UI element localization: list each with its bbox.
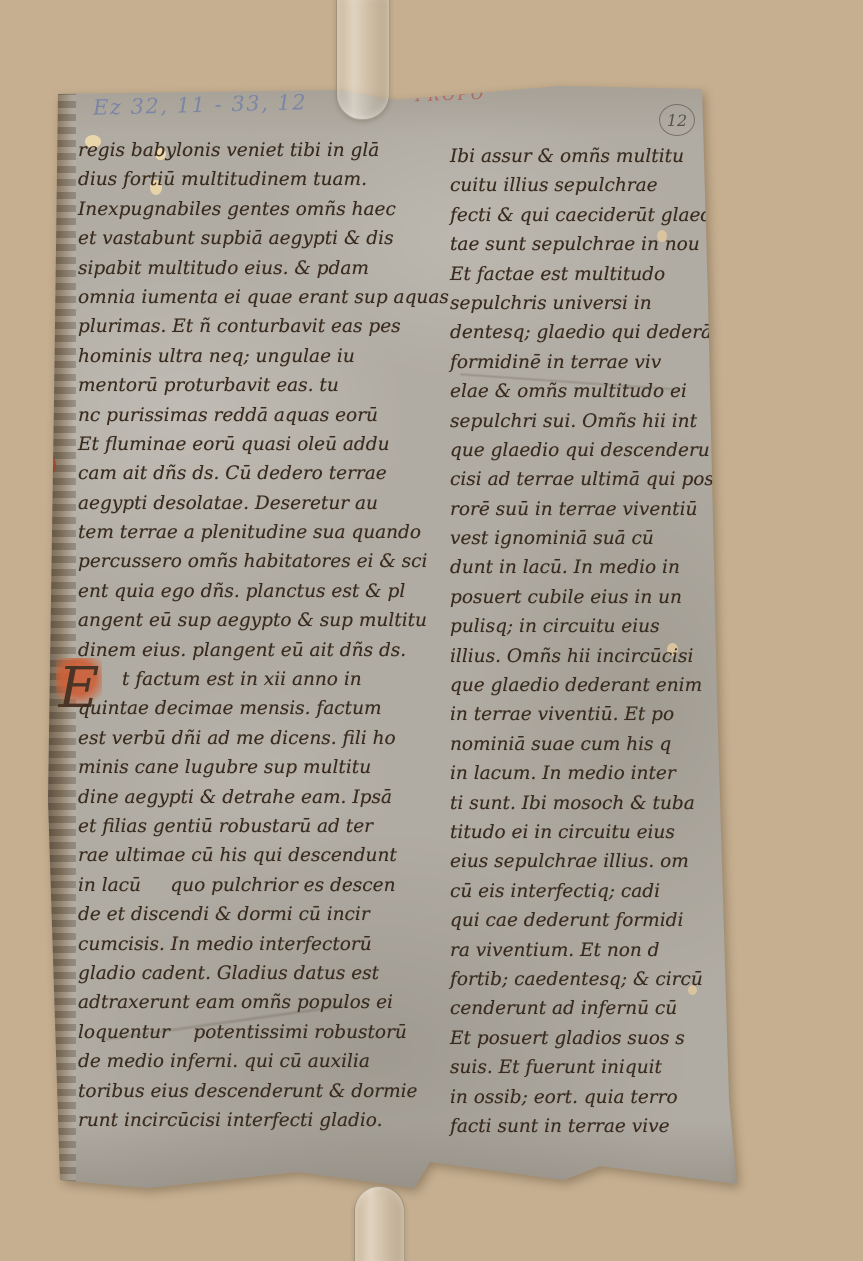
manuscript-leaf: Ez 32, 11 - 33, 12 PROPO 12 E regis baby… bbox=[40, 80, 750, 1210]
parchment-page: Ez 32, 11 - 33, 12 PROPO 12 E regis baby… bbox=[40, 80, 750, 1210]
manuscript-line: Inexpugnabiles gentes omñs haec bbox=[78, 195, 450, 224]
manuscript-line: plurimas. Et ñ conturbavit eas pes bbox=[78, 312, 450, 341]
manuscript-line: dinem eius. plangent eū ait dñs ds. bbox=[78, 636, 450, 665]
manuscript-line: in ossib; eort. quia terro bbox=[450, 1083, 750, 1112]
manuscript-line: eius sepulchrae illius. om bbox=[450, 847, 750, 876]
manuscript-line: que glaedio dederant enim bbox=[450, 671, 750, 700]
manuscript-line: in lacum. In medio inter bbox=[450, 759, 750, 788]
manuscript-line: aegypti desolatae. Deseretur au bbox=[78, 489, 450, 518]
manuscript-line: omnia iumenta ei quae erant sup aquas bbox=[78, 283, 450, 312]
mounting-strap-bottom bbox=[354, 1186, 405, 1261]
manuscript-line: loquentur potentissimi robustorū bbox=[78, 1018, 450, 1047]
manuscript-line: Et factae est multitudo bbox=[450, 260, 750, 289]
manuscript-line: fecti & qui caeciderūt glaedi bbox=[450, 201, 750, 230]
manuscript-line: gladio cadent. Gladius datus est bbox=[78, 959, 450, 988]
manuscript-line: cam ait dñs ds. Cū dedero terrae bbox=[78, 459, 450, 488]
manuscript-line: cenderunt ad infernū cū bbox=[450, 994, 750, 1023]
manuscript-line: percussero omñs habitatores ei & sci bbox=[78, 547, 450, 576]
manuscript-line: hominis ultra neq; ungulae iu bbox=[78, 342, 450, 371]
mounting-strap-top bbox=[336, 0, 390, 120]
folio-number: 12 bbox=[667, 111, 687, 130]
manuscript-line: est verbū dñi ad me dicens. fili ho bbox=[78, 724, 450, 753]
manuscript-line: toribus eius descenderunt & dormie bbox=[78, 1077, 450, 1106]
manuscript-line: dentesq; glaedio qui dederā bbox=[450, 318, 750, 347]
text-column-right: Ibi assur & omñs multitucuitu illius sep… bbox=[450, 142, 750, 1141]
manuscript-line: ent quia ego dñs. planctus est & pl bbox=[78, 577, 450, 606]
manuscript-line: qui cae dederunt formidi bbox=[450, 906, 750, 935]
manuscript-line: ra viventium. Et non d bbox=[450, 936, 750, 965]
manuscript-line: suis. Et fuerunt iniquit bbox=[450, 1053, 750, 1082]
folio-number-badge: 12 bbox=[659, 104, 695, 136]
manuscript-line: fortib; caedentesq; & circū bbox=[450, 965, 750, 994]
manuscript-line: regis babylonis veniet tibi in glā bbox=[78, 136, 450, 165]
manuscript-line: in terrae viventiū. Et po bbox=[450, 700, 750, 729]
manuscript-line: sipabit multitudo eius. & pdam bbox=[78, 254, 450, 283]
manuscript-line: dunt in lacū. In medio in bbox=[450, 553, 750, 582]
manuscript-line: pulisq; in circuitu eius bbox=[450, 612, 750, 641]
manuscript-line: quintae decimae mensis. factum bbox=[78, 694, 450, 723]
manuscript-line: tae sunt sepulchrae in nou bbox=[450, 230, 750, 259]
manuscript-line: que glaedio qui descenderu bbox=[450, 436, 750, 465]
manuscript-line: ti sunt. Ibi mosoch & tuba bbox=[450, 789, 750, 818]
manuscript-line: cuitu illius sepulchrae bbox=[450, 171, 750, 200]
pencil-annotation: Ez 32, 11 - 33, 12 bbox=[93, 90, 308, 120]
manuscript-line: rorē suū in terrae viventiū bbox=[450, 495, 750, 524]
manuscript-line: titudo ei in circuitu eius bbox=[450, 818, 750, 847]
manuscript-line: sepulchris universi in bbox=[450, 289, 750, 318]
manuscript-line: cisi ad terrae ultimā qui pos bbox=[450, 465, 750, 494]
manuscript-line: formidinē in terrae viv bbox=[450, 348, 750, 377]
manuscript-line: facti sunt in terrae vive bbox=[450, 1112, 750, 1141]
manuscript-line: Et fluminae eorū quasi oleū addu bbox=[78, 430, 450, 459]
manuscript-line: tem terrae a plenitudine sua quando bbox=[78, 518, 450, 547]
manuscript-line: runt incircūcisi interfecti gladio. bbox=[78, 1106, 450, 1135]
red-margin-mark bbox=[42, 455, 56, 475]
manuscript-line: minis cane lugubre sup multitu bbox=[78, 753, 450, 782]
manuscript-line: adtraxerunt eam omñs populos ei bbox=[78, 988, 450, 1017]
manuscript-line: de et discendi & dormi cū incir bbox=[78, 900, 450, 929]
photo-stage: Ez 32, 11 - 33, 12 PROPO 12 E regis baby… bbox=[0, 0, 863, 1261]
manuscript-line: et filias gentiū robustarū ad ter bbox=[78, 812, 450, 841]
manuscript-line: t factum est in xii anno in bbox=[78, 665, 450, 694]
manuscript-line: cū eis interfectiq; cadi bbox=[450, 877, 750, 906]
binding-edge bbox=[48, 88, 76, 1184]
manuscript-line: Et posuert gladios suos s bbox=[450, 1024, 750, 1053]
manuscript-line: in lacū quo pulchrior es descen bbox=[78, 871, 450, 900]
manuscript-line: dine aegypti & detrahe eam. Ipsā bbox=[78, 783, 450, 812]
manuscript-line: posuert cubile eius in un bbox=[450, 583, 750, 612]
manuscript-line: rae ultimae cū his qui descendunt bbox=[78, 841, 450, 870]
text-column-left: regis babylonis veniet tibi in glādius f… bbox=[78, 136, 450, 1135]
red-inscription: PROPO bbox=[415, 85, 487, 105]
manuscript-line: cumcisis. In medio interfectorū bbox=[78, 930, 450, 959]
manuscript-line: nominiā suae cum his q bbox=[450, 730, 750, 759]
manuscript-line: Ibi assur & omñs multitu bbox=[450, 142, 750, 171]
manuscript-line: sepulchri sui. Omñs hii int bbox=[450, 407, 750, 436]
manuscript-line: de medio inferni. qui cū auxilia bbox=[78, 1047, 450, 1076]
manuscript-line: nc purissimas reddā aquas eorū bbox=[78, 401, 450, 430]
manuscript-line: elae & omñs multitudo ei bbox=[450, 377, 750, 406]
manuscript-line: vest ignominiā suā cū bbox=[450, 524, 750, 553]
manuscript-line: dius fortiū multitudinem tuam. bbox=[78, 165, 450, 194]
manuscript-line: et vastabunt supbiā aegypti & dis bbox=[78, 224, 450, 253]
manuscript-line: illius. Omñs hii incircūcisi bbox=[450, 642, 750, 671]
manuscript-line: angent eū sup aegypto & sup multitu bbox=[78, 606, 450, 635]
manuscript-line: mentorū proturbavit eas. tu bbox=[78, 371, 450, 400]
